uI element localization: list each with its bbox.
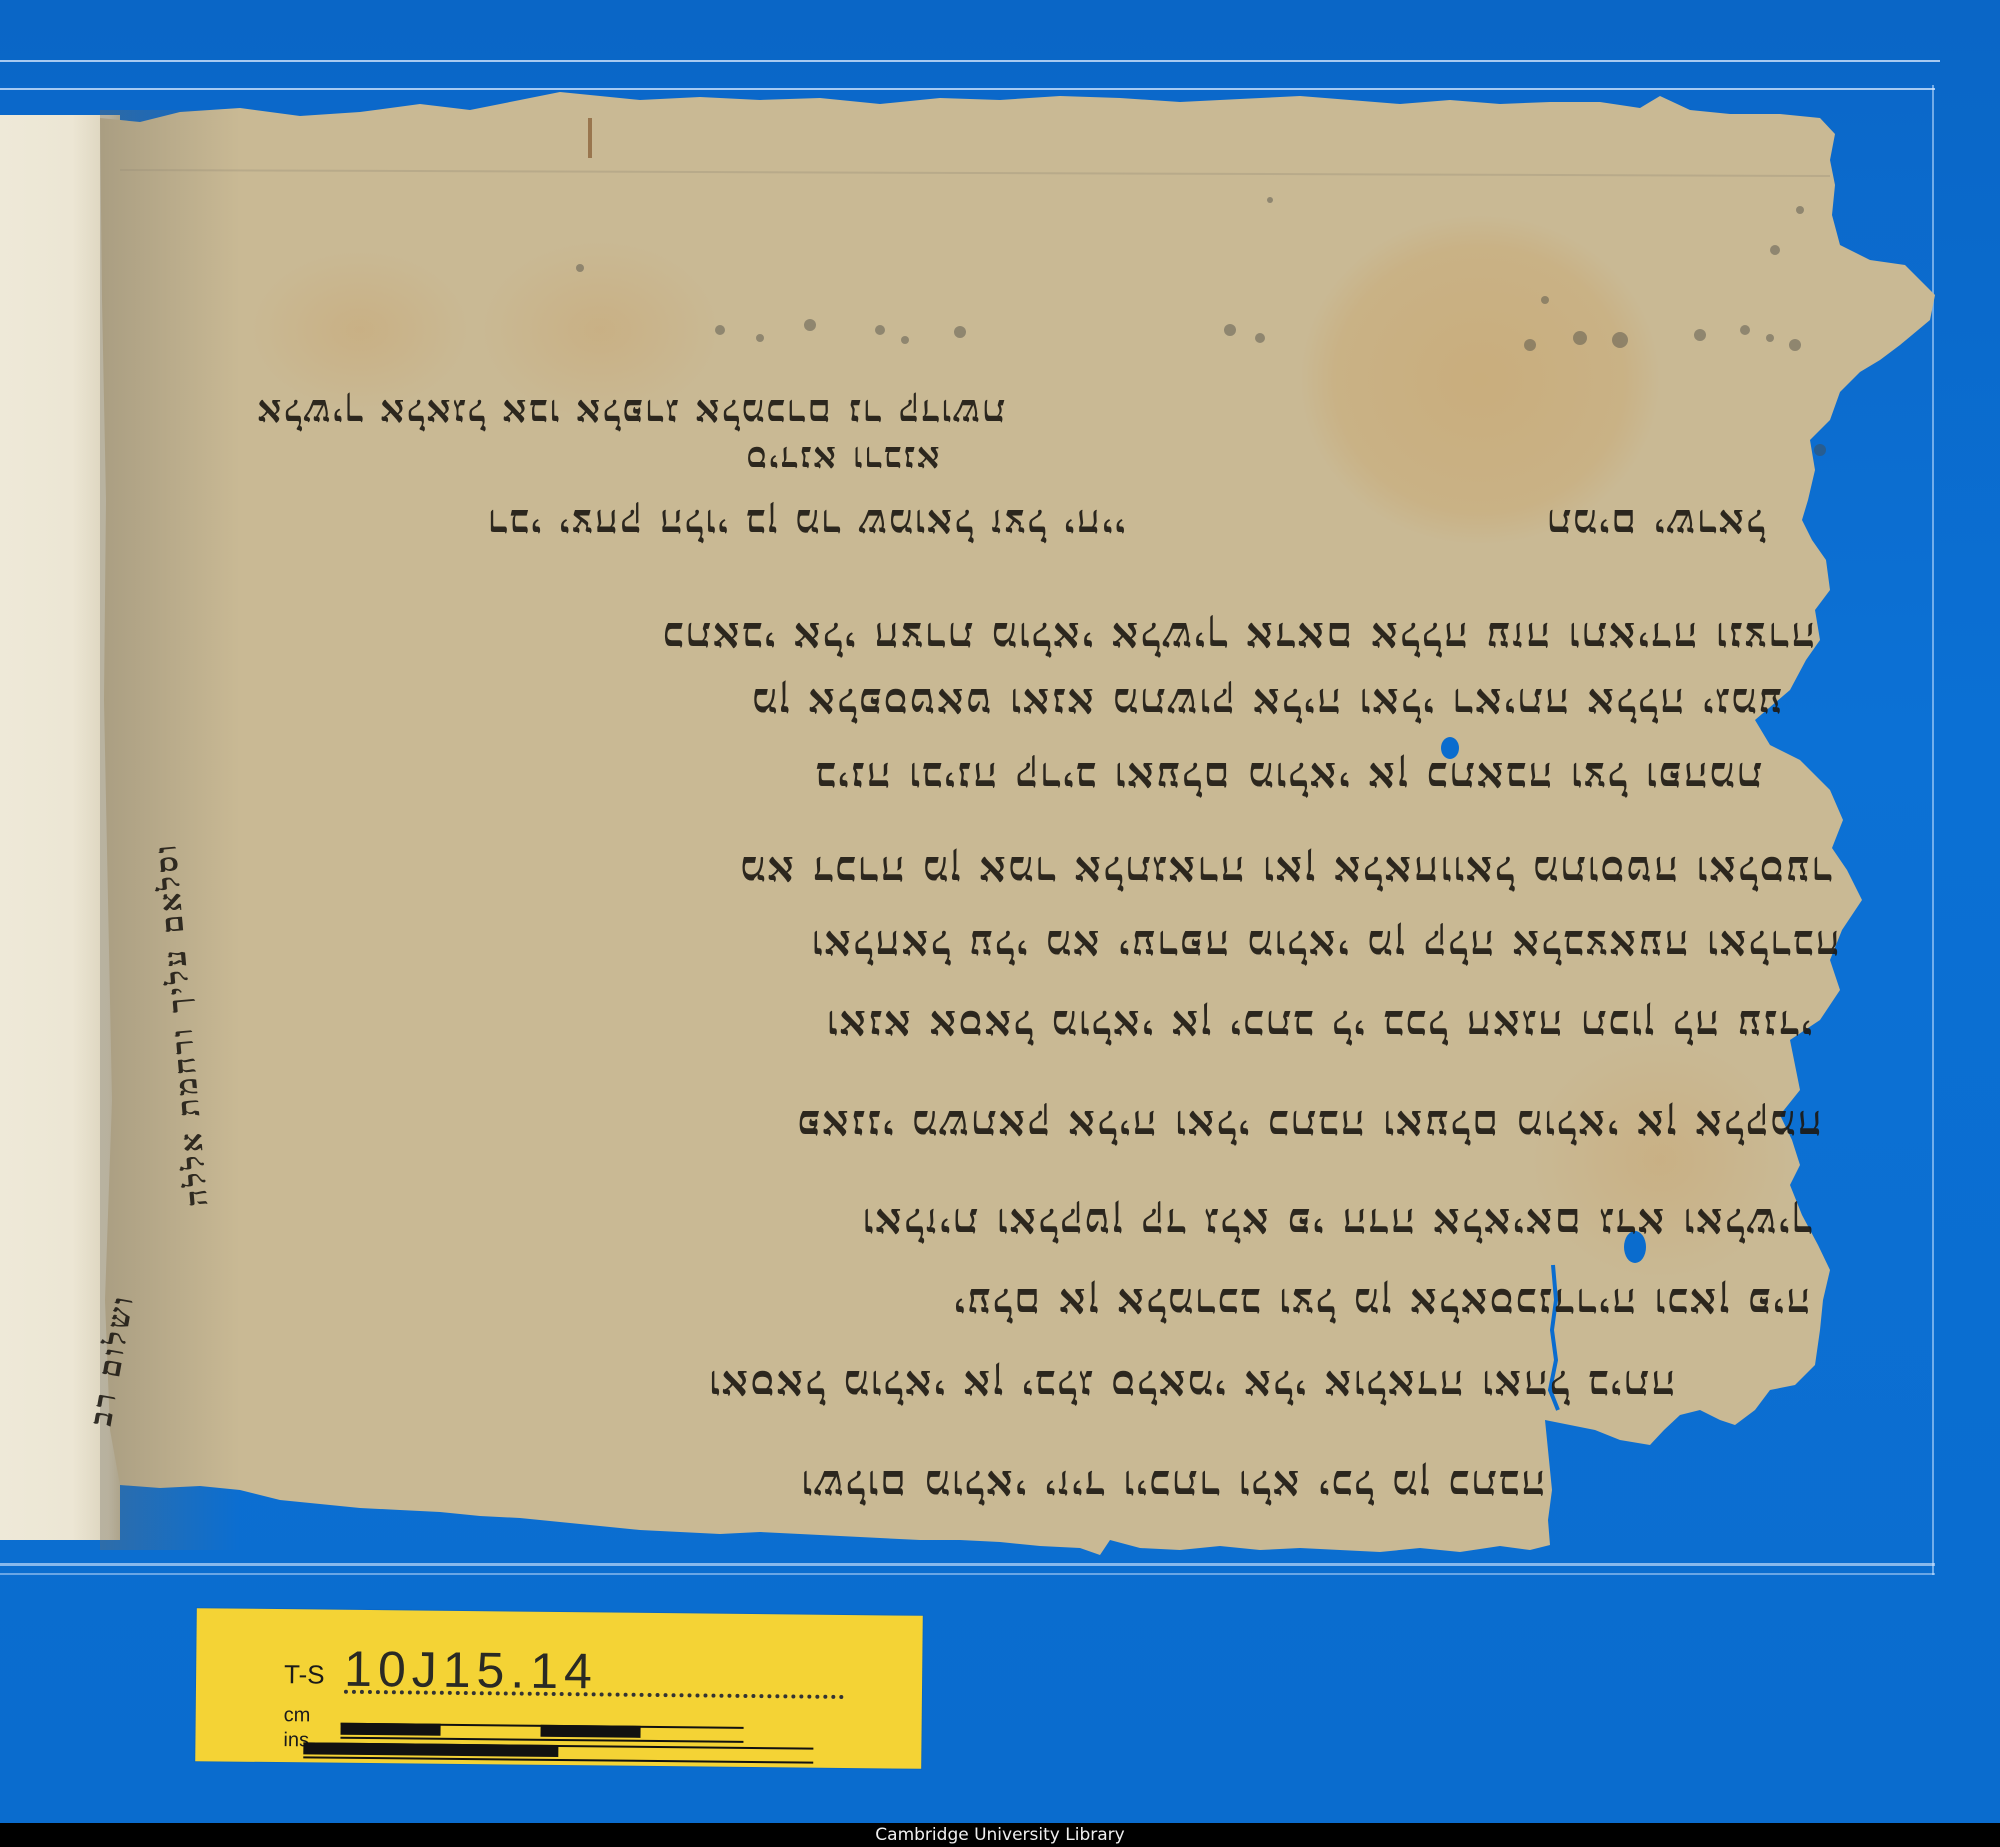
body-line-8: ואלזית ואלקטן קד גלא פי הדה אלאיאם גדא ו… (232, 1198, 1812, 1248)
body-line-10: ואסאל מולאי אן יבלג סלאמי אלי אולאדה ואה… (205, 1360, 1675, 1410)
header-line-4: תמים ישראל (1295, 500, 1765, 547)
manuscript-fragment: אלשיך אלאגל אבו אלפרג אלמכרם נר קדושת סי… (0, 0, 2000, 1823)
body-line-2: מן אלפסטאט ואנא מתשוק אליה ואלי ראיתה אל… (262, 678, 1782, 728)
fragment-shape (0, 0, 2000, 1823)
header-line-3: רבי יצחק הלוי בן מר שמואל זצל יחיי (125, 500, 1125, 547)
body-line-1: כתאבי אלי חצרת מולאי אלשיך אדאם אללה עזה… (125, 612, 1815, 662)
body-line-7: פאנני משתאק אליה ואלי כתבה ואעלם מולאי א… (232, 1100, 1822, 1150)
shelfmark-label: T-S 10J15.14 cm ins (195, 1608, 923, 1769)
cm-scale-bar (340, 1723, 743, 1743)
footer-credit: Cambridge University Library (0, 1823, 2000, 1847)
inch-scale-bar (303, 1742, 813, 1763)
header-line-1: אלשיך אלאגל אבו אלפרג אלמכרם נר קדושת (125, 390, 1005, 436)
shelfmark-number: 10J15.14 (344, 1640, 598, 1701)
body-line-3: בינה ובינה קריב ואעלם מולאי אן כתאבה וצל… (262, 752, 1762, 802)
body-line-6: ואנא אסאל מולאי אן יכתב לי בכל חאגה תכון… (232, 1000, 1812, 1050)
body-line-5: ואלחאל עלי מא יערפה מולאי מן קלה אלבצאעה… (200, 920, 1840, 970)
body-line-4: מא דכרה מן אמר אלתגארה ואן אלאחוואל מתוס… (262, 846, 1832, 896)
body-line-11: ושלום מולאי יזיד ויכתר ולא יכל מן כתבה (175, 1460, 1545, 1510)
header-line-2: סידנא ורבנא (640, 438, 940, 480)
water-stain (1300, 215, 1660, 545)
scale-cm-label: cm (284, 1704, 311, 1727)
shelfmark-prefix: T-S (284, 1659, 325, 1690)
body-line-9: יעלם אן אלמרכב וצל מן אלאסכנדריה וכאן פי… (210, 1278, 1810, 1328)
